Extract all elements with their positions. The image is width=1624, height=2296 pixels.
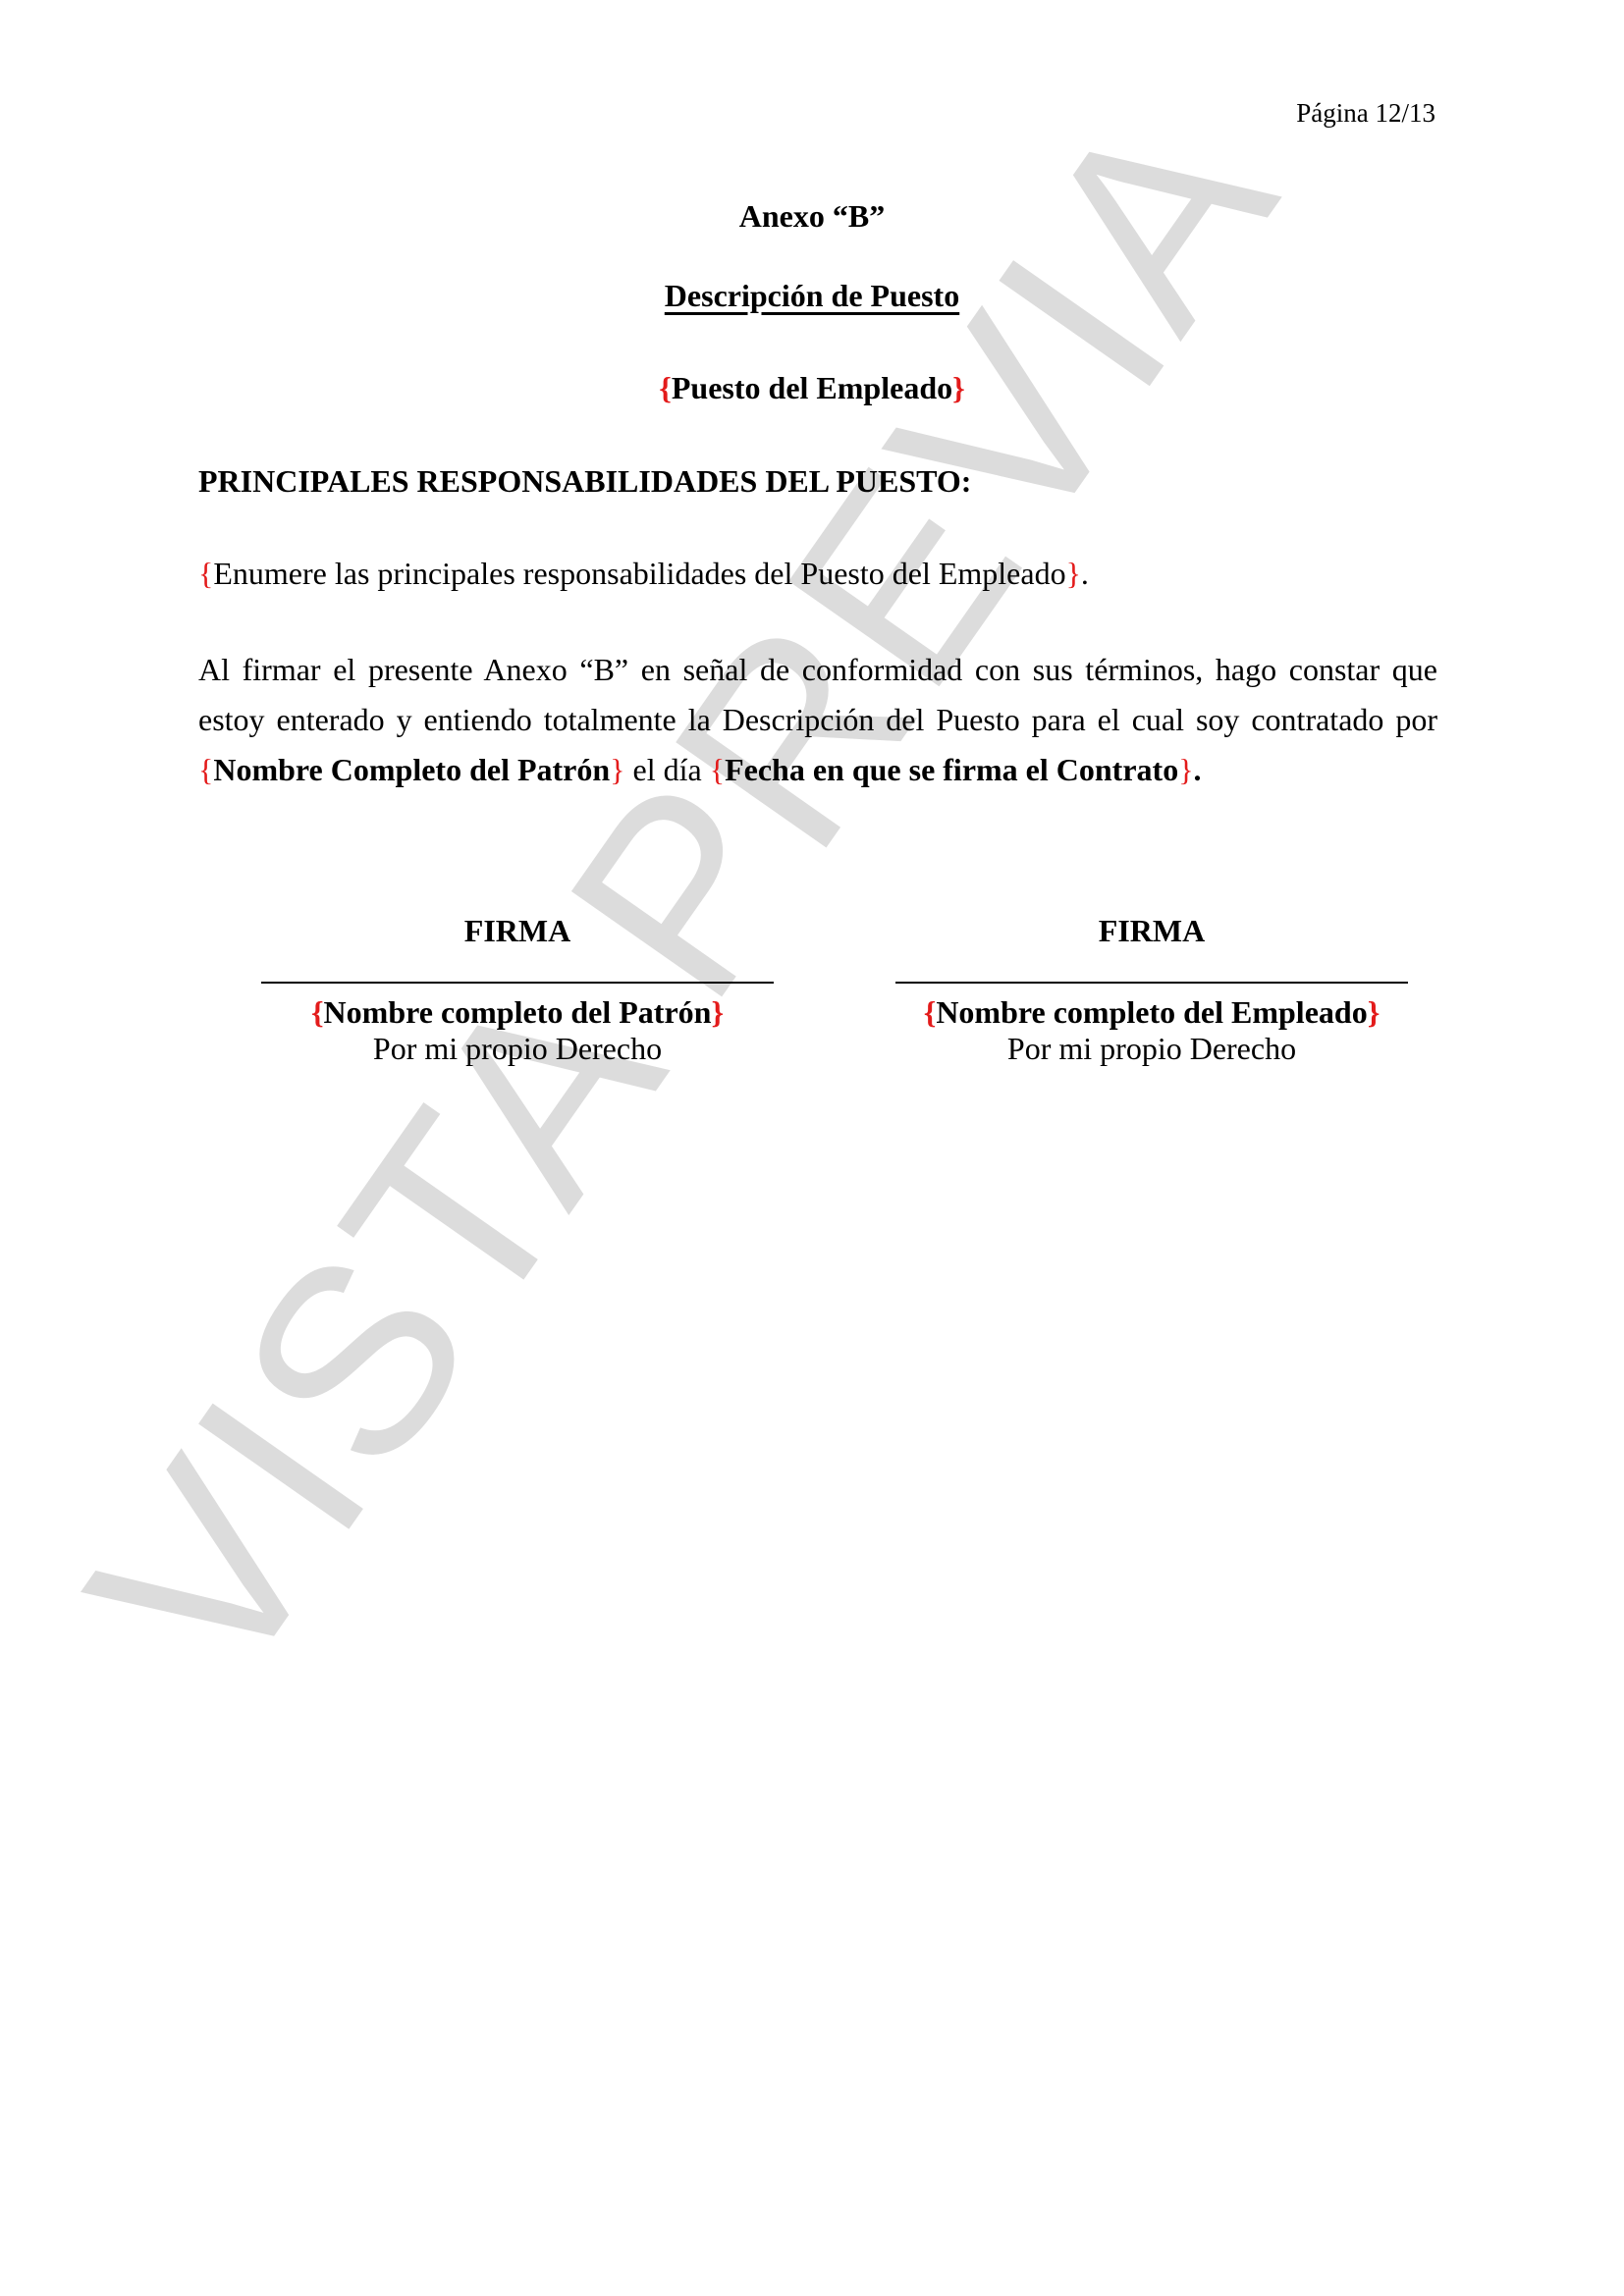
close-brace: } — [711, 994, 724, 1030]
position-placeholder: {Puesto del Empleado} — [0, 370, 1624, 406]
signature-label: FIRMA — [895, 911, 1408, 950]
trailing-period: . — [1081, 556, 1089, 591]
document-page: VISTA PREVIA Página 12/13 Anexo “B” Desc… — [0, 0, 1624, 2296]
employee-signature-block: FIRMA {Nombre completo del Empleado} Por… — [895, 911, 1408, 1066]
agreement-paragraph: Al firmar el presente Anexo “B” en señal… — [198, 645, 1437, 795]
open-brace: { — [710, 752, 725, 787]
page-content: Página 12/13 Anexo “B” Descripción de Pu… — [0, 0, 1624, 2296]
open-brace: { — [311, 994, 324, 1030]
position-placeholder-text: Puesto del Empleado — [672, 370, 952, 405]
open-brace: { — [659, 370, 672, 405]
signer-name-placeholder: {Nombre completo del Patrón} — [261, 993, 774, 1031]
date-placeholder: Fecha en que se firma el Contrato — [725, 752, 1178, 787]
signature-line — [895, 982, 1408, 984]
agreement-line-2: estoy enterado y entiendo totalmente la … — [198, 695, 1437, 745]
close-brace: } — [1368, 994, 1380, 1030]
section-title: Descripción de Puesto — [0, 278, 1624, 314]
close-brace: } — [1178, 752, 1193, 787]
agreement-line-3: {Nombre Completo del Patrón} el día {Fec… — [198, 745, 1437, 795]
close-brace: } — [610, 752, 624, 787]
signer-name-text: Nombre completo del Empleado — [936, 994, 1367, 1030]
employer-signature-block: FIRMA {Nombre completo del Patrón} Por m… — [261, 911, 774, 1066]
open-brace: { — [924, 994, 937, 1030]
agreement-line-1: Al firmar el presente Anexo “B” en señal… — [198, 645, 1437, 695]
signer-capacity: Por mi propio Derecho — [261, 1031, 774, 1066]
close-brace: } — [952, 370, 965, 405]
connector-text: el día — [625, 752, 710, 787]
employer-placeholder: Nombre Completo del Patrón — [213, 752, 610, 787]
signature-line — [261, 982, 774, 984]
annex-title: Anexo “B” — [0, 198, 1624, 235]
responsibilities-heading: PRINCIPALES RESPONSABILIDADES DEL PUESTO… — [198, 463, 971, 500]
trailing-period: . — [1194, 752, 1202, 787]
open-brace: { — [198, 752, 213, 787]
signer-name-text: Nombre completo del Patrón — [324, 994, 712, 1030]
responsibilities-placeholder: {Enumere las principales responsabilidad… — [198, 556, 1437, 592]
page-number: Página 12/13 — [1296, 98, 1435, 129]
signer-capacity: Por mi propio Derecho — [895, 1031, 1408, 1066]
open-brace: { — [198, 556, 213, 591]
responsibilities-placeholder-text: Enumere las principales responsabilidade… — [213, 556, 1065, 591]
close-brace: } — [1066, 556, 1081, 591]
signer-name-placeholder: {Nombre completo del Empleado} — [895, 993, 1408, 1031]
signature-label: FIRMA — [261, 911, 774, 950]
